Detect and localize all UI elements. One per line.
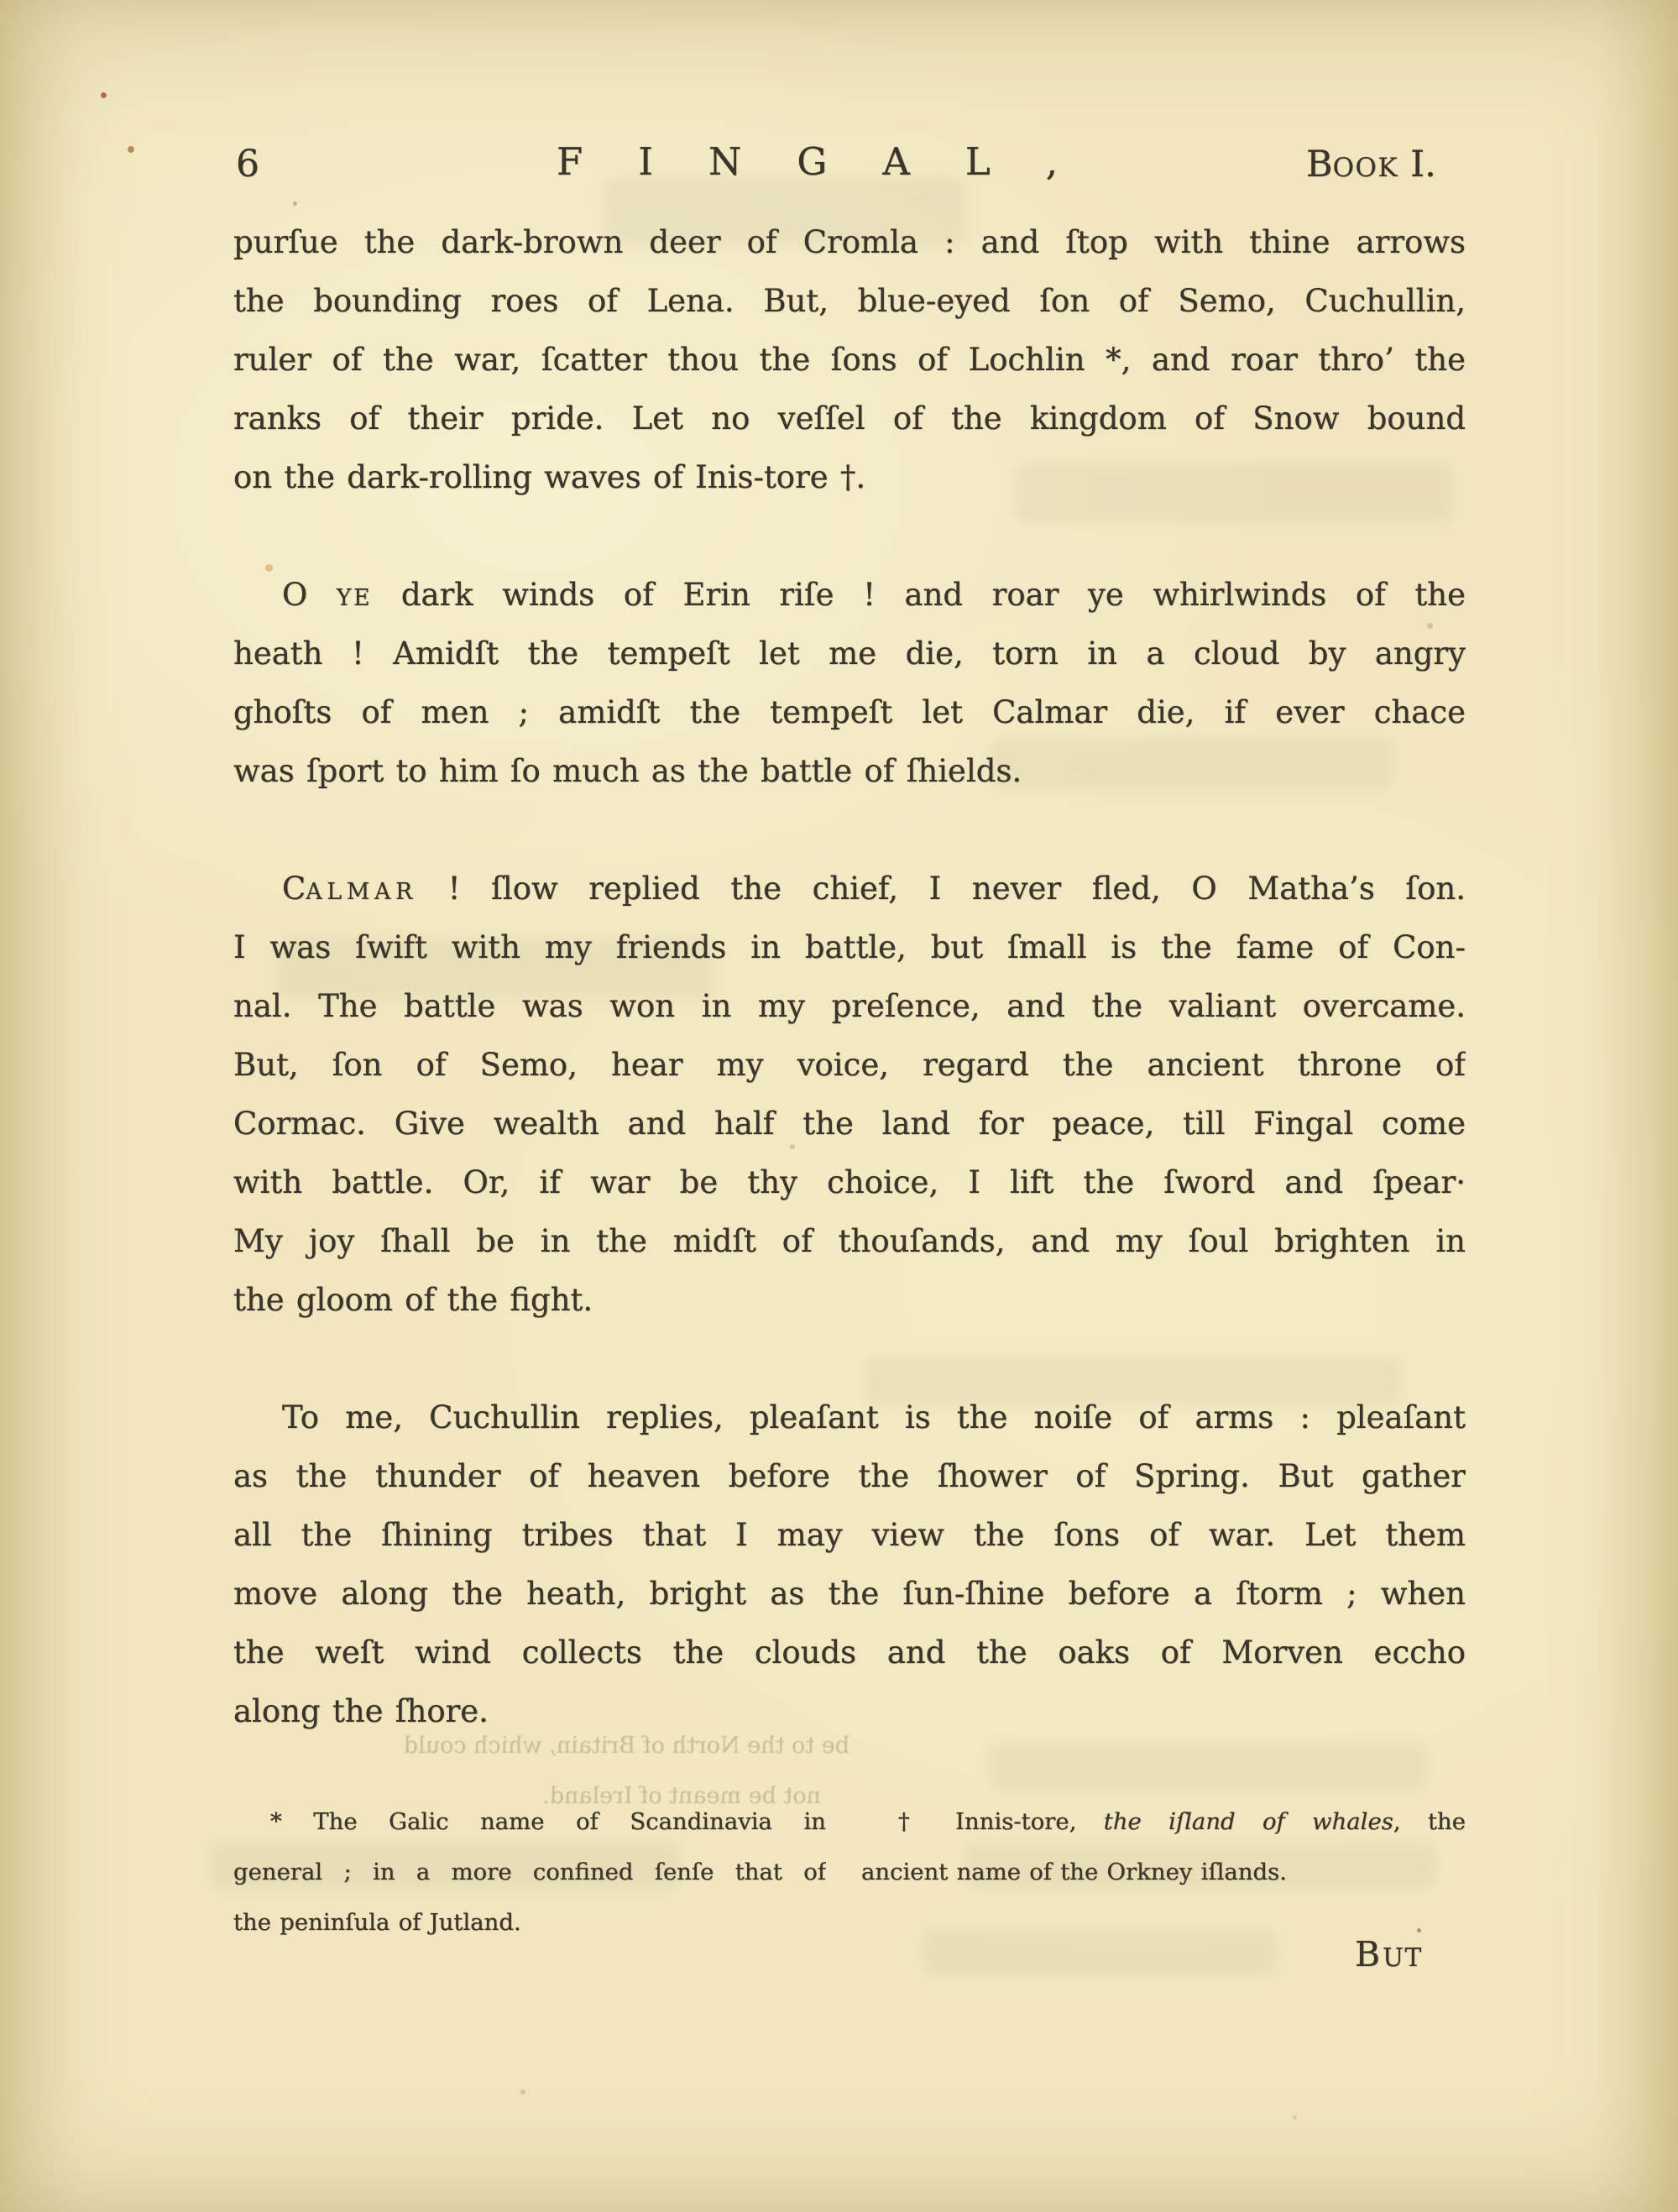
footnote-line: ancient name of the Orkney iſlands. — [861, 1847, 1466, 1897]
text-run: * The Galic name of Scandinavia in — [270, 1808, 826, 1835]
text-line: move along the heath, bright as the ſun-… — [233, 1565, 1466, 1624]
text-line: with battle. Or, if war be thy choice, I… — [233, 1153, 1466, 1212]
foxing-speck — [101, 92, 107, 98]
text-run: the peninſula of Jutland. — [233, 1909, 521, 1936]
text-run: nal. The battle was won in my preſence, … — [233, 988, 1466, 1024]
text-run: move along the heath, bright as the ſun-… — [233, 1576, 1466, 1612]
footnote-line: * The Galic name of Scandinavia in — [233, 1796, 826, 1847]
paragraph: O ye dark winds of Erin riſe ! and roar … — [233, 566, 1466, 801]
paragraph: To me, Cuchullin replies, pleaſant is th… — [233, 1388, 1466, 1741]
text-run: , the — [1393, 1808, 1466, 1835]
text-run: with battle. Or, if war be thy choice, I… — [233, 1164, 1466, 1200]
text-line: To me, Cuchullin replies, pleaſant is th… — [233, 1388, 1466, 1447]
text-run: ruler of the war, ſcatter thou the ſons … — [233, 342, 1466, 378]
book-numeral: I. — [1410, 144, 1436, 186]
book-label-cap: B — [1306, 144, 1333, 186]
text-run: I was ſwift with my friends in battle, b… — [233, 929, 1466, 965]
text-line: O ye dark winds of Erin riſe ! and roar … — [233, 566, 1466, 625]
text-run: Cormac. Give wealth and half the land fo… — [233, 1106, 1466, 1142]
text-line: all the ſhining tribes that I may view t… — [233, 1506, 1466, 1565]
catchword-smallcaps: ut — [1383, 1943, 1423, 1972]
text-line: ranks of their pride. Let no veſſel of t… — [233, 390, 1466, 448]
italic-phrase: the iſland of whales — [1104, 1808, 1393, 1835]
text-run: dark winds of Erin riſe ! and roar ye wh… — [372, 577, 1466, 613]
text-run: C — [282, 871, 306, 907]
small-caps-word: almar — [306, 879, 417, 905]
footnote-left-column: * The Galic name of Scandinavia ingenera… — [233, 1796, 826, 1948]
text-run: all the ſhining tribes that I may view t… — [233, 1517, 1466, 1553]
text-run: general ; in a more confined ſenſe that … — [233, 1859, 826, 1885]
text-line: Calmar ! ſlow replied the chief, I never… — [233, 860, 1466, 918]
text-line: But, ſon of Semo, hear my voice, regard … — [233, 1036, 1466, 1095]
text-run: ranks of their pride. Let no veſſel of t… — [233, 400, 1466, 437]
paragraph: purſue the dark-brown deer of Cromla : a… — [233, 213, 1466, 507]
text-run: purſue the dark-brown deer of Cromla : a… — [233, 224, 1466, 260]
text-line: the bounding roes of Lena. But, blue-eye… — [233, 272, 1466, 331]
text-run: To me, Cuchullin replies, pleaſant is th… — [282, 1399, 1466, 1435]
text-line: on the dark-rolling waves of Inis-tore †… — [233, 448, 1466, 507]
catchword-cap: B — [1355, 1934, 1383, 1974]
text-line: nal. The battle was won in my preſence, … — [233, 977, 1466, 1036]
text-line: as the thunder of heaven before the ſhow… — [233, 1447, 1466, 1506]
text-line: I was ſwift with my friends in battle, b… — [233, 918, 1466, 977]
footnote-line: general ; in a more confined ſenſe that … — [233, 1847, 826, 1897]
text-line: the weſt wind collects the clouds and th… — [233, 1624, 1466, 1682]
foxing-speck — [520, 2089, 525, 2094]
text-run: My joy ſhall be in the midſt of thouſand… — [233, 1223, 1466, 1259]
paragraph: Calmar ! ſlow replied the chief, I never… — [233, 860, 1466, 1330]
text-line: the gloom of the fight. — [233, 1271, 1466, 1330]
text-run: the gloom of the fight. — [233, 1282, 593, 1318]
text-run: the weſt wind collects the clouds and th… — [233, 1634, 1466, 1671]
text-run: heath ! Amidſt the tempeſt let me die, t… — [233, 635, 1466, 672]
text-line: along the ſhore. — [233, 1682, 1466, 1741]
foxing-speck — [128, 146, 134, 153]
paper-smudge — [991, 1744, 1427, 1791]
text-run: was ſport to him ſo much as the battle o… — [233, 753, 1022, 789]
text-line: heath ! Amidſt the tempeſt let me die, t… — [233, 625, 1466, 683]
text-line: purſue the dark-brown deer of Cromla : a… — [233, 213, 1466, 272]
running-title: FINGAL, — [557, 139, 1113, 184]
text-run: ! ſlow replied the chief, I never fled, … — [417, 871, 1466, 907]
footnote-line: the peninſula of Jutland. — [233, 1897, 826, 1948]
body-text: purſue the dark-brown deer of Cromla : a… — [233, 213, 1466, 1741]
catchword: But — [1355, 1934, 1423, 1974]
text-line: My joy ſhall be in the midſt of thouſand… — [233, 1212, 1466, 1271]
footnote-right-column: † Innis-tore, the iſland of whales, thea… — [861, 1796, 1466, 1948]
text-run: † Innis-tore, — [898, 1808, 1104, 1835]
footnotes: * The Galic name of Scandinavia ingenera… — [233, 1796, 1466, 1948]
foxing-speck — [293, 201, 297, 206]
small-caps-word: ye — [337, 585, 372, 611]
text-run: as the thunder of heaven before the ſhow… — [233, 1458, 1466, 1494]
text-run: O — [282, 577, 337, 613]
text-line: was ſport to him ſo much as the battle o… — [233, 742, 1466, 801]
book-label: BookI. — [1306, 144, 1436, 186]
text-run: ancient name of the Orkney iſlands. — [861, 1859, 1287, 1885]
text-run: the bounding roes of Lena. But, blue-eye… — [233, 283, 1466, 319]
text-run: ghoſts of men ; amidſt the tempeſt let C… — [233, 694, 1466, 730]
foxing-speck — [1293, 2115, 1297, 2120]
text-run: along the ſhore. — [233, 1693, 489, 1729]
page-number: 6 — [236, 143, 259, 186]
footnote-line: † Innis-tore, the iſland of whales, the — [861, 1796, 1466, 1847]
text-line: ruler of the war, ſcatter thou the ſons … — [233, 331, 1466, 390]
text-line: Cormac. Give wealth and half the land fo… — [233, 1095, 1466, 1153]
text-line: ghoſts of men ; amidſt the tempeſt let C… — [233, 683, 1466, 742]
text-run: on the dark-rolling waves of Inis-tore †… — [233, 459, 865, 495]
text-run: But, ſon of Semo, hear my voice, regard … — [233, 1047, 1466, 1083]
book-label-smallcaps: ook — [1333, 153, 1399, 183]
scanned-book-page: be to the North of Britain, which couldn… — [0, 0, 1678, 2212]
